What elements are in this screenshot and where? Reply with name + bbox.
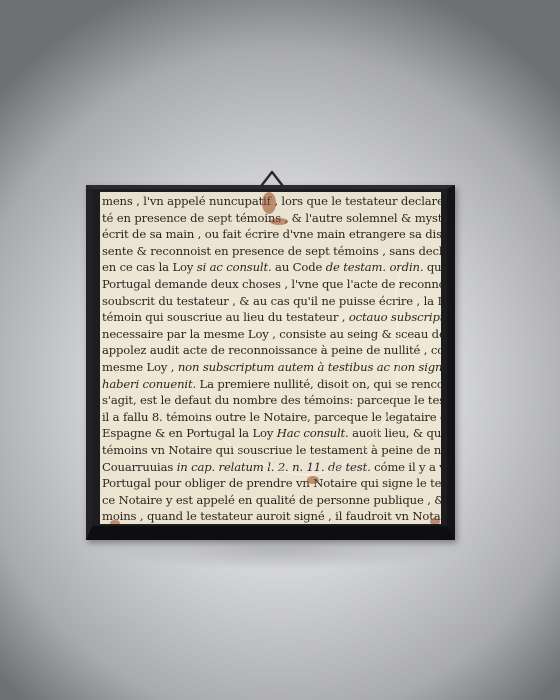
text-line: Couarruuias in cap. relatum l. 2. n. 11.… — [102, 459, 441, 476]
rust-stain — [110, 520, 120, 524]
rust-stain — [430, 518, 440, 524]
text-line: soubscrit du testateur , & au cas qu'il … — [102, 293, 441, 310]
document-paper: mens , l'vn appelé nuncupatif , lors que… — [100, 192, 441, 524]
text-line: témoin qui souscriue au lieu du testateu… — [102, 309, 441, 326]
document-text: mens , l'vn appelé nuncupatif , lors que… — [102, 193, 441, 524]
text-line: ce Notaire y est appelé en qualité de pe… — [102, 492, 441, 509]
text-line: moins , quand le testateur auroit signé … — [102, 508, 441, 524]
text-line: mesme Loy , non subscriptum autem à test… — [102, 359, 441, 376]
text-line: haberi conuenit. La premiere nullité, di… — [102, 376, 441, 393]
rust-stain — [270, 218, 288, 225]
rust-stain — [262, 192, 276, 214]
rust-stain — [307, 476, 319, 484]
text-line: appolez audit acte de reconnoissance à p… — [102, 342, 441, 359]
text-line: Espagne & en Portugal la Loy Hac consult… — [102, 425, 441, 442]
text-line: Portugal pour obliger de prendre vn Nota… — [102, 475, 441, 492]
text-line: il a fallu 8. témoins outre le Notaire, … — [102, 409, 441, 426]
text-line: en ce cas la Loy si ac consult. au Code … — [102, 259, 441, 276]
text-line: necessaire par la mesme Loy , consiste a… — [102, 326, 441, 343]
text-line: sente & reconnoist en presence de sept t… — [102, 243, 441, 260]
text-line: écrit de sa main , ou fait écrire d'vne … — [102, 226, 441, 243]
picture-frame: mens , l'vn appelé nuncupatif , lors que… — [86, 185, 455, 540]
text-line: témoins vn Notaire qui souscriue le test… — [102, 442, 441, 459]
text-line: s'agit, est le defaut du nombre des témo… — [102, 392, 441, 409]
text-line: Portugal demande deux choses , l'vne que… — [102, 276, 441, 293]
